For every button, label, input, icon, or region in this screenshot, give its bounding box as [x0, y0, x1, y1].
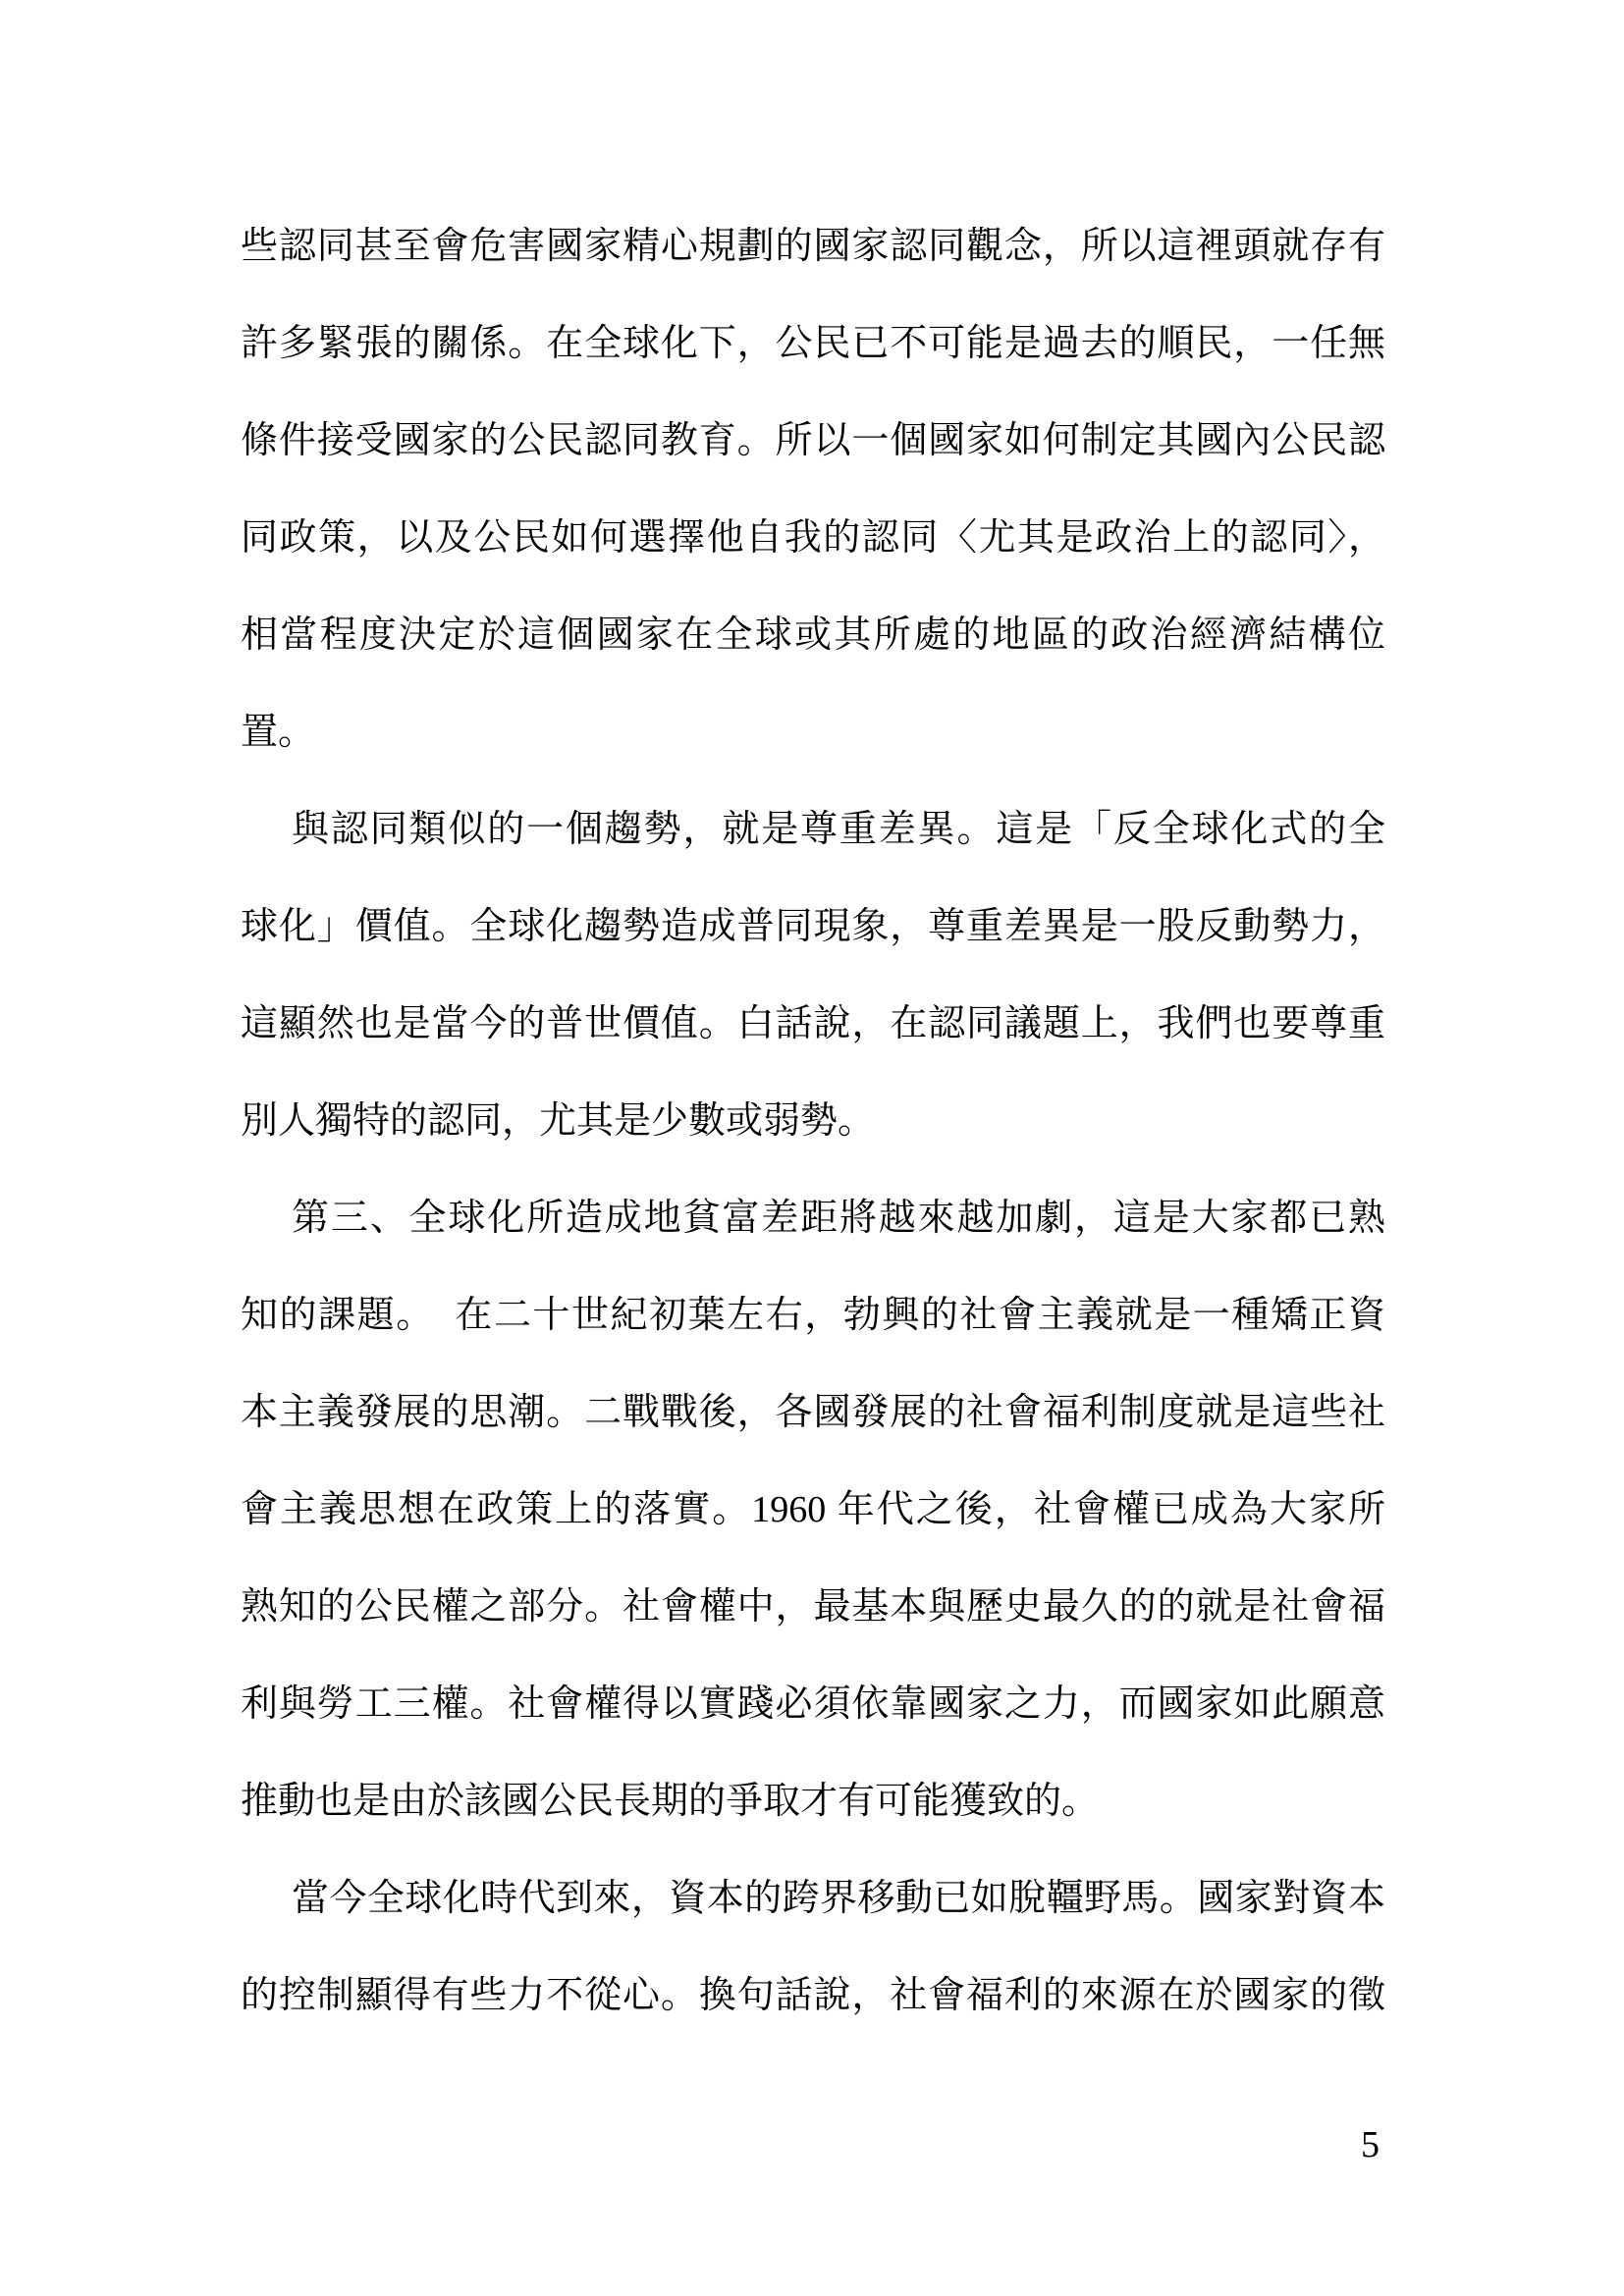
text-line: 許多緊張的關係。在全球化下，公民已不可能是過去的順民，一任無	[241, 295, 1385, 393]
page-number: 5	[241, 2097, 1380, 2194]
text-line: 相當程度決定於這個國家在全球或其所處的地區的政治經濟結構位	[241, 587, 1385, 684]
text-line: 別人獨特的認同，尤其是少數或弱勢。	[241, 1073, 1385, 1170]
text-line: 置。	[241, 684, 1385, 781]
text-line: 與認同類似的一個趨勢，就是尊重差異。這是「反全球化式的全	[241, 781, 1385, 879]
text-line: 些認同甚至會危害國家精心規劃的國家認同觀念，所以這裡頭就存有	[241, 198, 1385, 295]
text-line: 推動也是由於該國公民長期的爭取才有可能獲致的。	[241, 1753, 1385, 1850]
text-line: 第三、全球化所造成地貧富差距將越來越加劇，這是大家都已熟	[241, 1170, 1385, 1267]
text-line: 利與勞工三權。社會權得以實踐必須依靠國家之力，而國家如此願意	[241, 1656, 1385, 1753]
text-line: 的控制顯得有些力不從心。換句話說，社會福利的來源在於國家的徵	[241, 1948, 1385, 2045]
text-line: 同政策，以及公民如何選擇他自我的認同〈尤其是政治上的認同〉，	[241, 490, 1385, 587]
text-line: 條件接受國家的公民認同教育。所以一個國家如何制定其國內公民認	[241, 393, 1385, 490]
text-line: 這顯然也是當今的普世價值。白話說，在認同議題上，我們也要尊重	[241, 976, 1385, 1073]
text-line: 會主義思想在政策上的落實。1960 年代之後，社會權已成為大家所	[241, 1462, 1385, 1559]
text-line: 熟知的公民權之部分。社會權中，最基本與歷史最久的的就是社會福	[241, 1559, 1385, 1656]
document-page: 些認同甚至會危害國家精心規劃的國家認同觀念，所以這裡頭就存有許多緊張的關係。在全…	[0, 0, 1624, 2296]
text-line: 知的課題。 在二十世紀初葉左右，勃興的社會主義就是一種矯正資	[241, 1267, 1385, 1364]
text-line: 當今全球化時代到來，資本的跨界移動已如脫韁野馬。國家對資本	[241, 1850, 1385, 1948]
text-line: 球化」價值。全球化趨勢造成普同現象，尊重差異是一股反動勢力，	[241, 879, 1385, 976]
text-block: 些認同甚至會危害國家精心規劃的國家認同觀念，所以這裡頭就存有許多緊張的關係。在全…	[241, 198, 1385, 2045]
text-line: 本主義發展的思潮。二戰戰後，各國發展的社會福利制度就是這些社	[241, 1364, 1385, 1462]
